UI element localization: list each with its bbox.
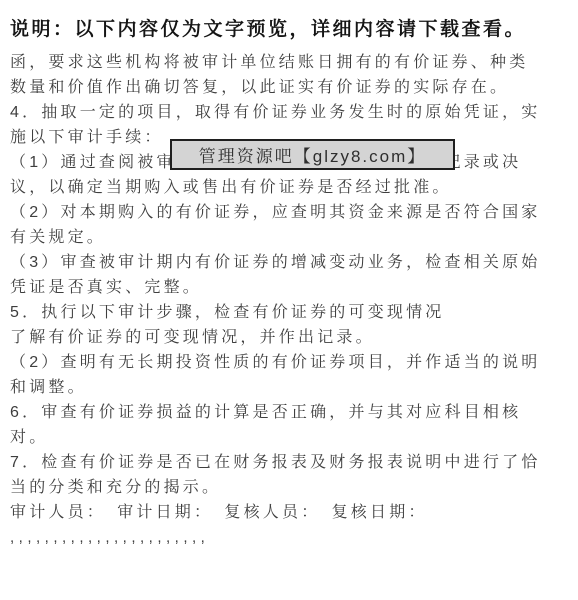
preview-line: （2）查明有无长期投资性质的有价证券项目，并作适当的说明: [10, 350, 572, 375]
preview-line: 议，以确定当期购入或售出有价证券是否经过批准。: [10, 175, 572, 200]
preview-line: 当的分类和充分的揭示。: [10, 475, 572, 500]
preview-signature-line: 审计人员： 审计日期： 复核人员： 复核日期：: [10, 500, 572, 525]
preview-notice-heading: 说明：以下内容仅为文字预览，详细内容请下载查看。: [10, 14, 526, 41]
preview-line: 6．审查有价证券损益的计算是否正确，并与其对应科目相核: [10, 400, 572, 425]
preview-line: 和调整。: [10, 375, 572, 400]
preview-line: 7．检查有价证券是否已在财务报表及财务报表说明中进行了恰: [10, 450, 572, 475]
preview-text-body: 函，要求这些机构将被审计单位结账日拥有的有价证券、种类 数量和价值作出确切答复，…: [10, 50, 572, 550]
preview-line: 数量和价值作出确切答复，以此证实有价证券的实际存在。: [10, 75, 572, 100]
preview-line: 4．抽取一定的项目，取得有价证券业务发生时的原始凭证，实: [10, 100, 572, 125]
preview-line: （3）审查被审计期内有价证券的增减变动业务，检查相关原始: [10, 250, 572, 275]
watermark-badge: 管理资源吧【glzy8.com】: [170, 139, 455, 170]
preview-line: 凭证是否真实、完整。: [10, 275, 572, 300]
preview-line: （2）对本期购入的有价证券，应查明其资金来源是否符合国家: [10, 200, 572, 225]
document-preview-page: 说明：以下内容仅为文字预览，详细内容请下载查看。 函，要求这些机构将被审计单位结…: [0, 0, 578, 600]
preview-line: 有关规定。: [10, 225, 572, 250]
preview-line: 5．执行以下审计步骤，检查有价证券的可变现情况: [10, 300, 572, 325]
watermark-text: 管理资源吧【glzy8.com】: [199, 142, 427, 167]
preview-line: 对。: [10, 425, 572, 450]
preview-line: 了解有价证券的可变现情况，并作出记录。: [10, 325, 572, 350]
preview-ellipsis-line: ,,,,,,,,,,,,,,,,,,,,,,,: [10, 525, 572, 550]
preview-line: 函，要求这些机构将被审计单位结账日拥有的有价证券、种类: [10, 50, 572, 75]
